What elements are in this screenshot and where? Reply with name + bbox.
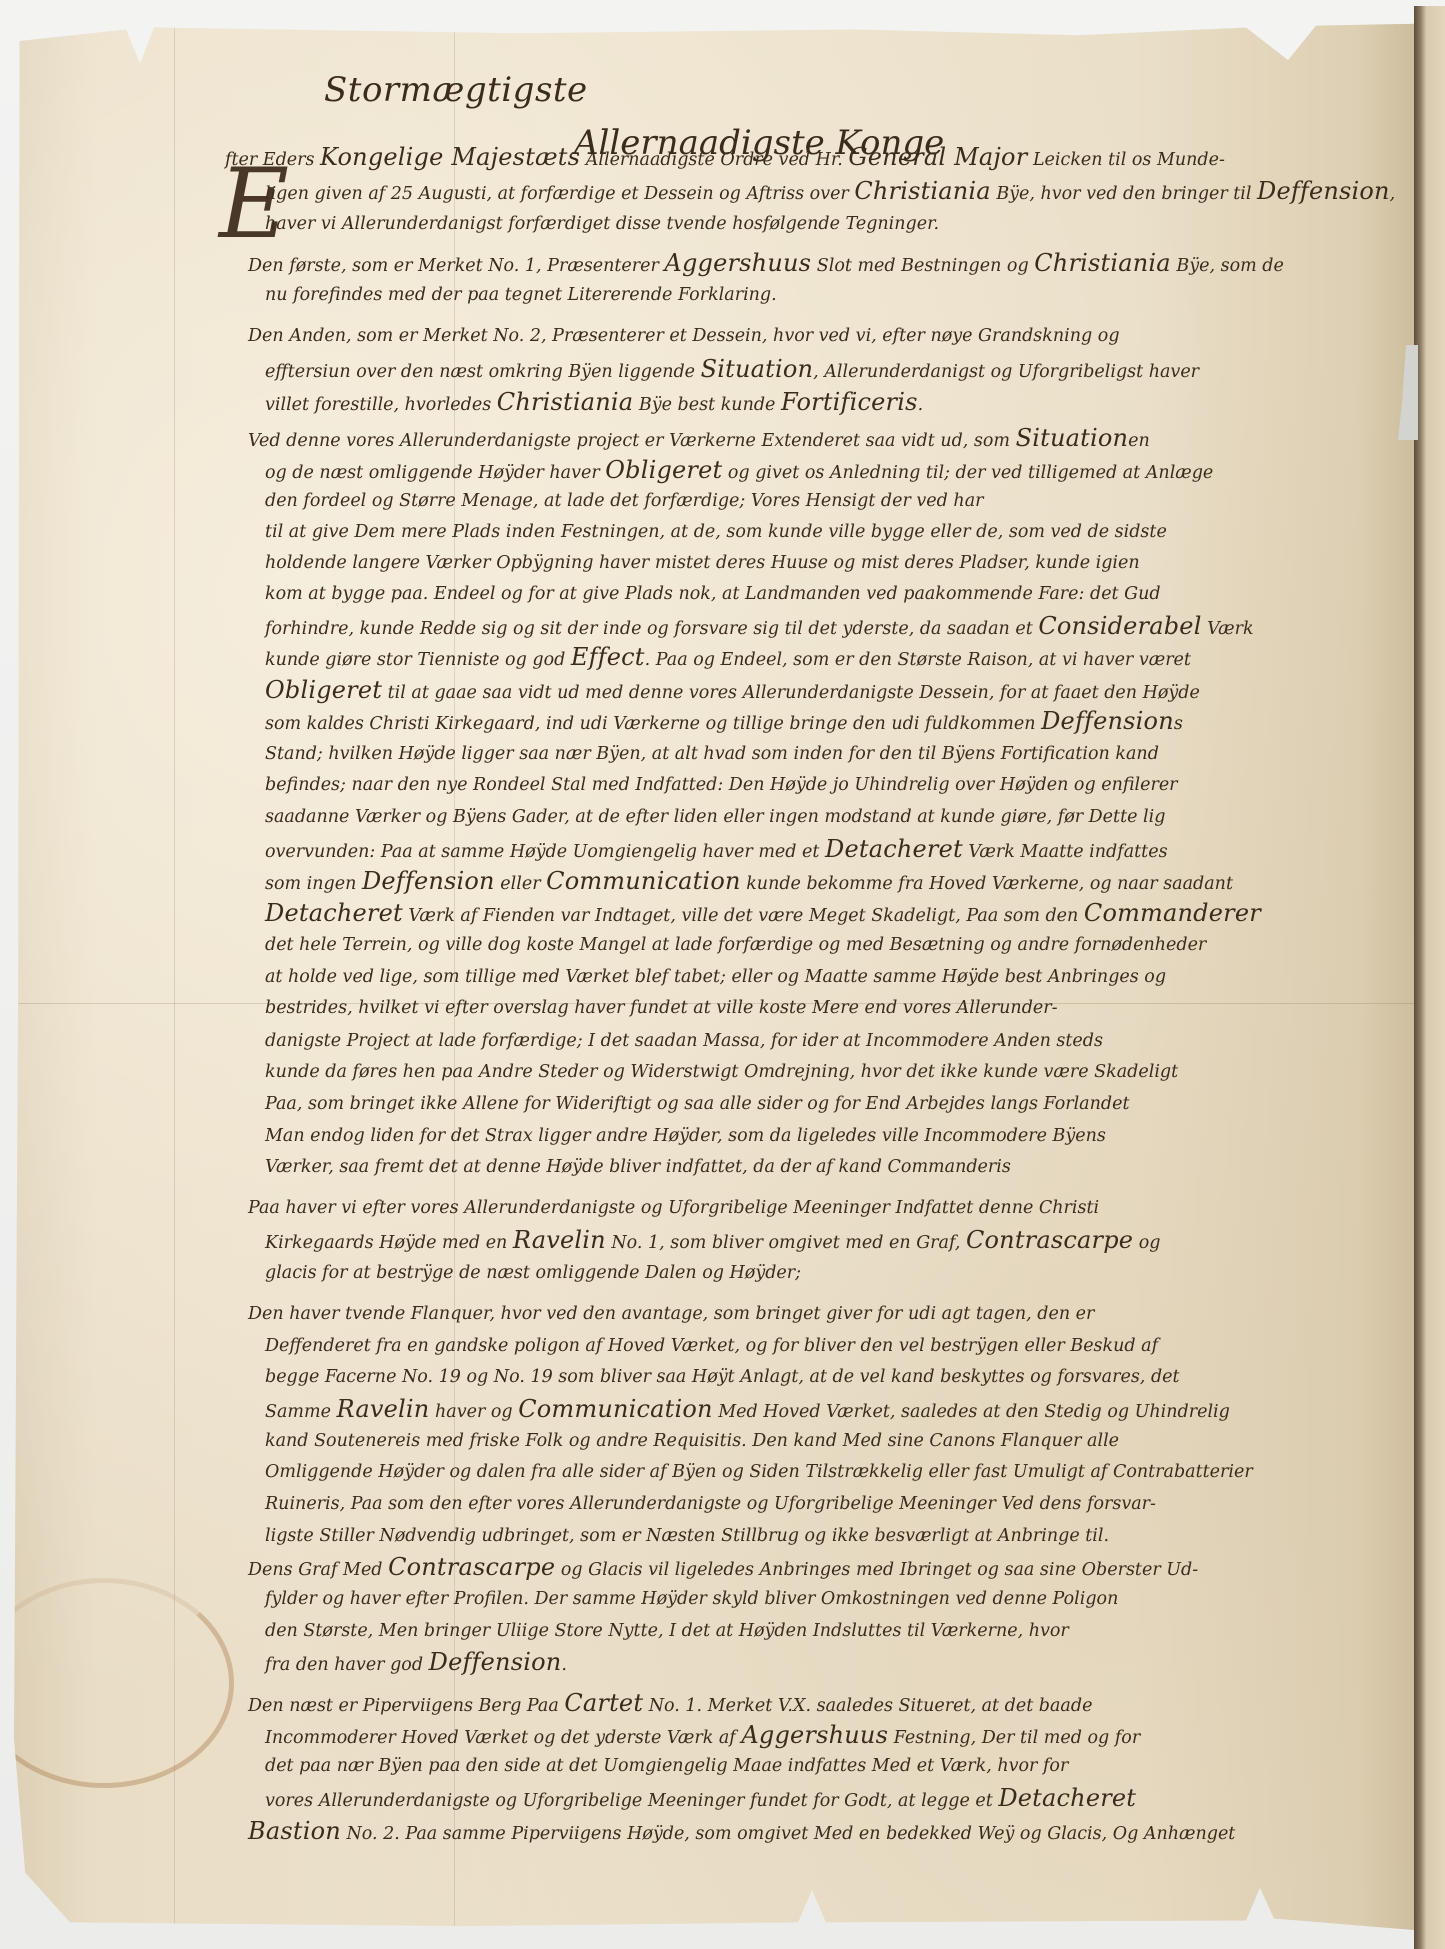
line-text: kunde da føres hen paa Andre Steder og W… <box>265 1062 1178 1082</box>
emphasized-term: Fortificeris <box>781 388 918 416</box>
manuscript-line: holdende langere Værker Opbÿgning haver … <box>265 552 1140 574</box>
line-text: bestrides, hvilket vi efter overslag hav… <box>265 998 1058 1018</box>
manuscript-line: Ruineris, Paa som den efter vores Alleru… <box>265 1493 1156 1515</box>
line-text: holdende langere Værker Opbÿgning haver … <box>265 553 1140 573</box>
emphasized-term: Commanderer <box>1084 899 1261 927</box>
line-text: begge Facerne No. 19 og No. 19 som blive… <box>265 1367 1180 1387</box>
manuscript-line: Obligeret til at gaae saa vidt ud med de… <box>265 679 1200 704</box>
water-stain <box>0 1578 234 1788</box>
line-text: haver og <box>429 1402 518 1422</box>
manuscript-page: Stormægtigste Allernaadigste Konge E fte… <box>14 18 1414 1930</box>
manuscript-line: Dens Graf Med Contrascarpe og Glacis vil… <box>248 1556 1198 1581</box>
scan-stage: Stormægtigste Allernaadigste Konge E fte… <box>0 0 1445 1949</box>
line-text: det paa nær Bÿen paa den side at det Uom… <box>265 1756 1068 1776</box>
emphasized-term: Communication <box>518 1395 713 1423</box>
line-text: Kirkegaards Høÿde med en <box>265 1233 513 1253</box>
line-text: . <box>561 1655 567 1675</box>
emphasized-term: Situation <box>701 355 814 383</box>
line-text: overvunden: Paa at samme Høÿde Uomgienge… <box>265 842 825 862</box>
manuscript-line: begge Facerne No. 19 og No. 19 som blive… <box>265 1366 1180 1388</box>
salutation-line-1: Stormægtigste <box>324 70 588 110</box>
line-text: Omliggende Høÿder og dalen fra alle side… <box>265 1462 1253 1482</box>
line-text: Den haver tvende Flanquer, hvor ved den … <box>248 1304 1094 1324</box>
book-binding-edge <box>1414 6 1445 1949</box>
manuscript-line: Den første, som er Merket No. 1, Præsent… <box>248 252 1284 277</box>
line-text: Værker, saa fremt det at denne Høÿde bli… <box>265 1157 1011 1177</box>
emphasized-term: Deffension <box>362 867 495 895</box>
manuscript-line: efftersiun over den næst omkring Bÿen li… <box>265 358 1199 383</box>
line-text: til at give Dem mere Plads inden Festnin… <box>265 522 1167 542</box>
manuscript-line: Paa, som bringet ikke Allene for Widerif… <box>265 1093 1129 1115</box>
line-text: fra den haver god <box>265 1655 429 1675</box>
emphasized-term: Christiania <box>854 177 990 205</box>
line-text: Ruineris, Paa som den efter vores Alleru… <box>265 1494 1156 1514</box>
manuscript-line: befindes; naar den nye Rondeel Stal med … <box>265 774 1178 796</box>
line-text: ligen given af 25 Augusti, at forfærdige… <box>265 184 854 204</box>
manuscript-line: som ingen Deffension eller Communication… <box>265 870 1233 895</box>
line-text: Leicken til os Munde- <box>1027 150 1225 170</box>
line-text: en <box>1128 431 1150 451</box>
line-text: fter Eders <box>225 150 320 170</box>
manuscript-line: haver vi Allerunderdanigst forfærdiget d… <box>265 213 939 235</box>
line-text: det hele Terrein, og ville dog koste Man… <box>265 935 1206 955</box>
line-text: Med Hoved Værket, saaledes at den Stedig… <box>713 1402 1230 1422</box>
line-text: Slot med Bestningen og <box>811 256 1034 276</box>
line-text: Deffenderet fra en gandske poligon af Ho… <box>265 1336 1158 1356</box>
manuscript-line: som kaldes Christi Kirkegaard, ind udi V… <box>265 710 1183 735</box>
emphasized-term: Considerabel <box>1038 612 1201 640</box>
line-text: at holde ved lige, som tillige med Værke… <box>265 967 1166 987</box>
manuscript-line: Den næst er Piperviigens Berg Paa Cartet… <box>248 1692 1092 1717</box>
line-text: Paa haver vi efter vores Allerunderdanig… <box>248 1198 1099 1218</box>
manuscript-line: overvunden: Paa at samme Høÿde Uomgienge… <box>265 838 1168 863</box>
line-text: og de næst omliggende Høÿder haver <box>265 463 605 483</box>
line-text: og givet os Anledning til; der ved tilli… <box>722 463 1213 483</box>
line-text: Den første, som er Merket No. 1, Præsent… <box>248 256 664 276</box>
line-text: Ved denne vores Allerunderdanigste proje… <box>248 431 1016 451</box>
emphasized-term: Deffension <box>429 1648 562 1676</box>
emphasized-term: Deffension <box>1041 707 1174 735</box>
manuscript-line: det paa nær Bÿen paa den side at det Uom… <box>265 1755 1068 1777</box>
emphasized-term: Obligeret <box>605 456 722 484</box>
line-text: befindes; naar den nye Rondeel Stal med … <box>265 775 1178 795</box>
manuscript-line: bestrides, hvilket vi efter overslag hav… <box>265 997 1058 1019</box>
manuscript-line: saadanne Værker og Bÿens Gader, at de ef… <box>265 806 1165 828</box>
line-text: kom at bygge paa. Endeel og for at give … <box>265 584 1161 604</box>
line-text: Paa, som bringet ikke Allene for Widerif… <box>265 1094 1129 1114</box>
manuscript-line: at holde ved lige, som tillige med Værke… <box>265 966 1166 988</box>
manuscript-line: det hele Terrein, og ville dog koste Man… <box>265 934 1206 956</box>
manuscript-line: Omliggende Høÿder og dalen fra alle side… <box>265 1461 1253 1483</box>
manuscript-line: Deffenderet fra en gandske poligon af Ho… <box>265 1335 1158 1357</box>
manuscript-line: den Største, Men bringer Uliige Store Ny… <box>265 1620 1069 1642</box>
manuscript-line: Bastion No. 2. Paa samme Piperviigens Hø… <box>248 1820 1235 1845</box>
line-text: Festning, Der til med og for <box>888 1728 1140 1748</box>
manuscript-line: kom at bygge paa. Endeel og for at give … <box>265 583 1161 605</box>
emphasized-term: Effect <box>571 643 645 671</box>
emphasized-term: Cartet <box>564 1689 643 1717</box>
line-text: kand Soutenereis med friske Folk og andr… <box>265 1431 1119 1451</box>
line-text: No. 1. Merket V.X. saaledes Situeret, at… <box>643 1696 1092 1716</box>
emphasized-term: Christiania <box>1034 249 1171 277</box>
line-text: eller <box>495 874 546 894</box>
emphasized-term: Ravelin <box>337 1395 430 1423</box>
line-text: fylder og haver efter Profilen. Der samm… <box>265 1589 1118 1609</box>
line-text: kunde bekomme fra Hoved Værkerne, og naa… <box>741 874 1233 894</box>
line-text: Bÿe, som de <box>1171 256 1284 276</box>
line-text: haver vi Allerunderdanigst forfærdiget d… <box>265 214 939 234</box>
emphasized-term: Communication <box>546 867 741 895</box>
line-text: Værk Maatte indfattes <box>963 842 1168 862</box>
line-text: , <box>1390 184 1396 204</box>
manuscript-line: glacis for at bestrÿge de næst omliggend… <box>265 1262 801 1284</box>
manuscript-line: Stand; hvilken Høÿde ligger saa nær Bÿen… <box>265 743 1159 765</box>
line-text: kunde giøre stor Tienniste og god <box>265 650 571 670</box>
emphasized-term: Detacheret <box>998 1784 1136 1812</box>
line-text: den fordeel og Større Menage, at lade de… <box>265 491 984 511</box>
manuscript-line: Man endog liden for det Strax ligger and… <box>265 1125 1106 1147</box>
line-text: som kaldes Christi Kirkegaard, ind udi V… <box>265 714 1041 734</box>
manuscript-line: fra den haver god Deffension. <box>265 1651 567 1676</box>
manuscript-line: den fordeel og Større Menage, at lade de… <box>265 490 984 512</box>
line-text: Allernaadigste Ordre ved Hr. <box>580 150 848 170</box>
manuscript-line: nu forefindes med der paa tegnet Literer… <box>265 284 777 306</box>
line-text: villet forestille, hvorledes <box>265 395 497 415</box>
line-text: No. 2. Paa samme Piperviigens Høÿde, som… <box>341 1824 1235 1844</box>
line-text: glacis for at bestrÿge de næst omliggend… <box>265 1263 801 1283</box>
line-text: nu forefindes med der paa tegnet Literer… <box>265 285 777 305</box>
line-text: Bÿe, hvor ved den bringer til <box>991 184 1257 204</box>
manuscript-line: Incommoderer Hoved Værket og det yderste… <box>265 1724 1140 1749</box>
line-text: vores Allerunderdanigste og Uforgribelig… <box>265 1791 998 1811</box>
emphasized-term: Christiania <box>497 388 634 416</box>
line-text: som ingen <box>265 874 362 894</box>
manuscript-line: Detacheret Værk af Fienden var Indtaget,… <box>265 902 1261 927</box>
line-text: Samme <box>265 1402 337 1422</box>
emphasized-term: Aggershuus <box>664 249 811 277</box>
line-text: Man endog liden for det Strax ligger and… <box>265 1126 1106 1146</box>
manuscript-line: ligen given af 25 Augusti, at forfærdige… <box>265 180 1395 205</box>
emphasized-term: Situation <box>1016 424 1129 452</box>
emphasized-term: Ravelin <box>513 1226 606 1254</box>
line-text: Bÿe best kunde <box>633 395 781 415</box>
line-text: Værk <box>1202 619 1254 639</box>
manuscript-line: Samme Ravelin haver og Communication Med… <box>265 1398 1230 1423</box>
manuscript-line: Værker, saa fremt det at denne Høÿde bli… <box>265 1156 1011 1178</box>
line-text: til at gaae saa vidt ud med denne vores … <box>382 683 1200 703</box>
manuscript-line: Paa haver vi efter vores Allerunderdanig… <box>248 1197 1099 1219</box>
line-text: , Allerunderdanigst og Uforgribeligst ha… <box>813 362 1199 382</box>
line-text: . Paa og Endeel, som er den Største Rais… <box>645 650 1191 670</box>
manuscript-line: forhindre, kunde Redde sig og sit der in… <box>265 615 1254 640</box>
line-text: forhindre, kunde Redde sig og sit der in… <box>265 619 1038 639</box>
manuscript-line: Kirkegaards Høÿde med en Ravelin No. 1, … <box>265 1229 1160 1254</box>
emphasized-term: Bastion <box>248 1817 341 1845</box>
line-text: Incommoderer Hoved Værket og det yderste… <box>265 1728 741 1748</box>
manuscript-line: villet forestille, hvorledes Christiania… <box>265 391 923 416</box>
manuscript-line: fylder og haver efter Profilen. Der samm… <box>265 1588 1118 1610</box>
manuscript-line: fter Eders Kongelige Majestæts Allernaad… <box>225 146 1225 171</box>
line-text: efftersiun over den næst omkring Bÿen li… <box>265 362 701 382</box>
manuscript-line: Ved denne vores Allerunderdanigste proje… <box>248 427 1150 452</box>
manuscript-line: til at give Dem mere Plads inden Festnin… <box>265 521 1167 543</box>
emphasized-term: Aggershuus <box>741 1721 888 1749</box>
manuscript-line: kunde da føres hen paa Andre Steder og W… <box>265 1061 1178 1083</box>
emphasized-term: Detacheret <box>825 835 963 863</box>
line-text: No. 1, som bliver omgivet med en Graf, <box>606 1233 966 1253</box>
line-text: saadanne Værker og Bÿens Gader, at de ef… <box>265 807 1165 827</box>
emphasized-term: Contrascarpe <box>966 1226 1133 1254</box>
line-text: s <box>1174 714 1183 734</box>
emphasized-term: Deffension <box>1257 177 1390 205</box>
line-text: Den Anden, som er Merket No. 2, Præsente… <box>248 326 1120 346</box>
line-text: Dens Graf Med <box>248 1560 388 1580</box>
line-text: Værk af Fienden var Indtaget, ville det … <box>403 906 1084 926</box>
manuscript-line: Den Anden, som er Merket No. 2, Præsente… <box>248 325 1120 347</box>
manuscript-line: danigste Project at lade forfærdige; I d… <box>265 1030 1103 1052</box>
line-text: . <box>918 395 924 415</box>
line-text: danigste Project at lade forfærdige; I d… <box>265 1031 1103 1051</box>
line-text: og <box>1133 1233 1160 1253</box>
emphasized-term: Detacheret <box>265 899 403 927</box>
manuscript-line: og de næst omliggende Høÿder haver Oblig… <box>265 459 1213 484</box>
emphasized-term: Obligeret <box>265 676 382 704</box>
line-text: ligste Stiller Nødvendig udbringet, som … <box>265 1526 1109 1546</box>
emphasized-term: General Major <box>848 143 1027 171</box>
manuscript-line: kand Soutenereis med friske Folk og andr… <box>265 1430 1119 1452</box>
line-text: Den næst er Piperviigens Berg Paa <box>248 1696 564 1716</box>
line-text: Stand; hvilken Høÿde ligger saa nær Bÿen… <box>265 744 1159 764</box>
line-text: den Største, Men bringer Uliige Store Ny… <box>265 1621 1069 1641</box>
emphasized-term: Contrascarpe <box>388 1553 555 1581</box>
line-text: og Glacis vil ligeledes Anbringes med Ib… <box>555 1560 1198 1580</box>
manuscript-line: Den haver tvende Flanquer, hvor ved den … <box>248 1303 1094 1325</box>
manuscript-line: kunde giøre stor Tienniste og god Effect… <box>265 646 1191 671</box>
emphasized-term: Kongelige Majestæts <box>320 143 580 171</box>
manuscript-line: ligste Stiller Nødvendig udbringet, som … <box>265 1525 1109 1547</box>
manuscript-line: vores Allerunderdanigste og Uforgribelig… <box>265 1787 1136 1812</box>
